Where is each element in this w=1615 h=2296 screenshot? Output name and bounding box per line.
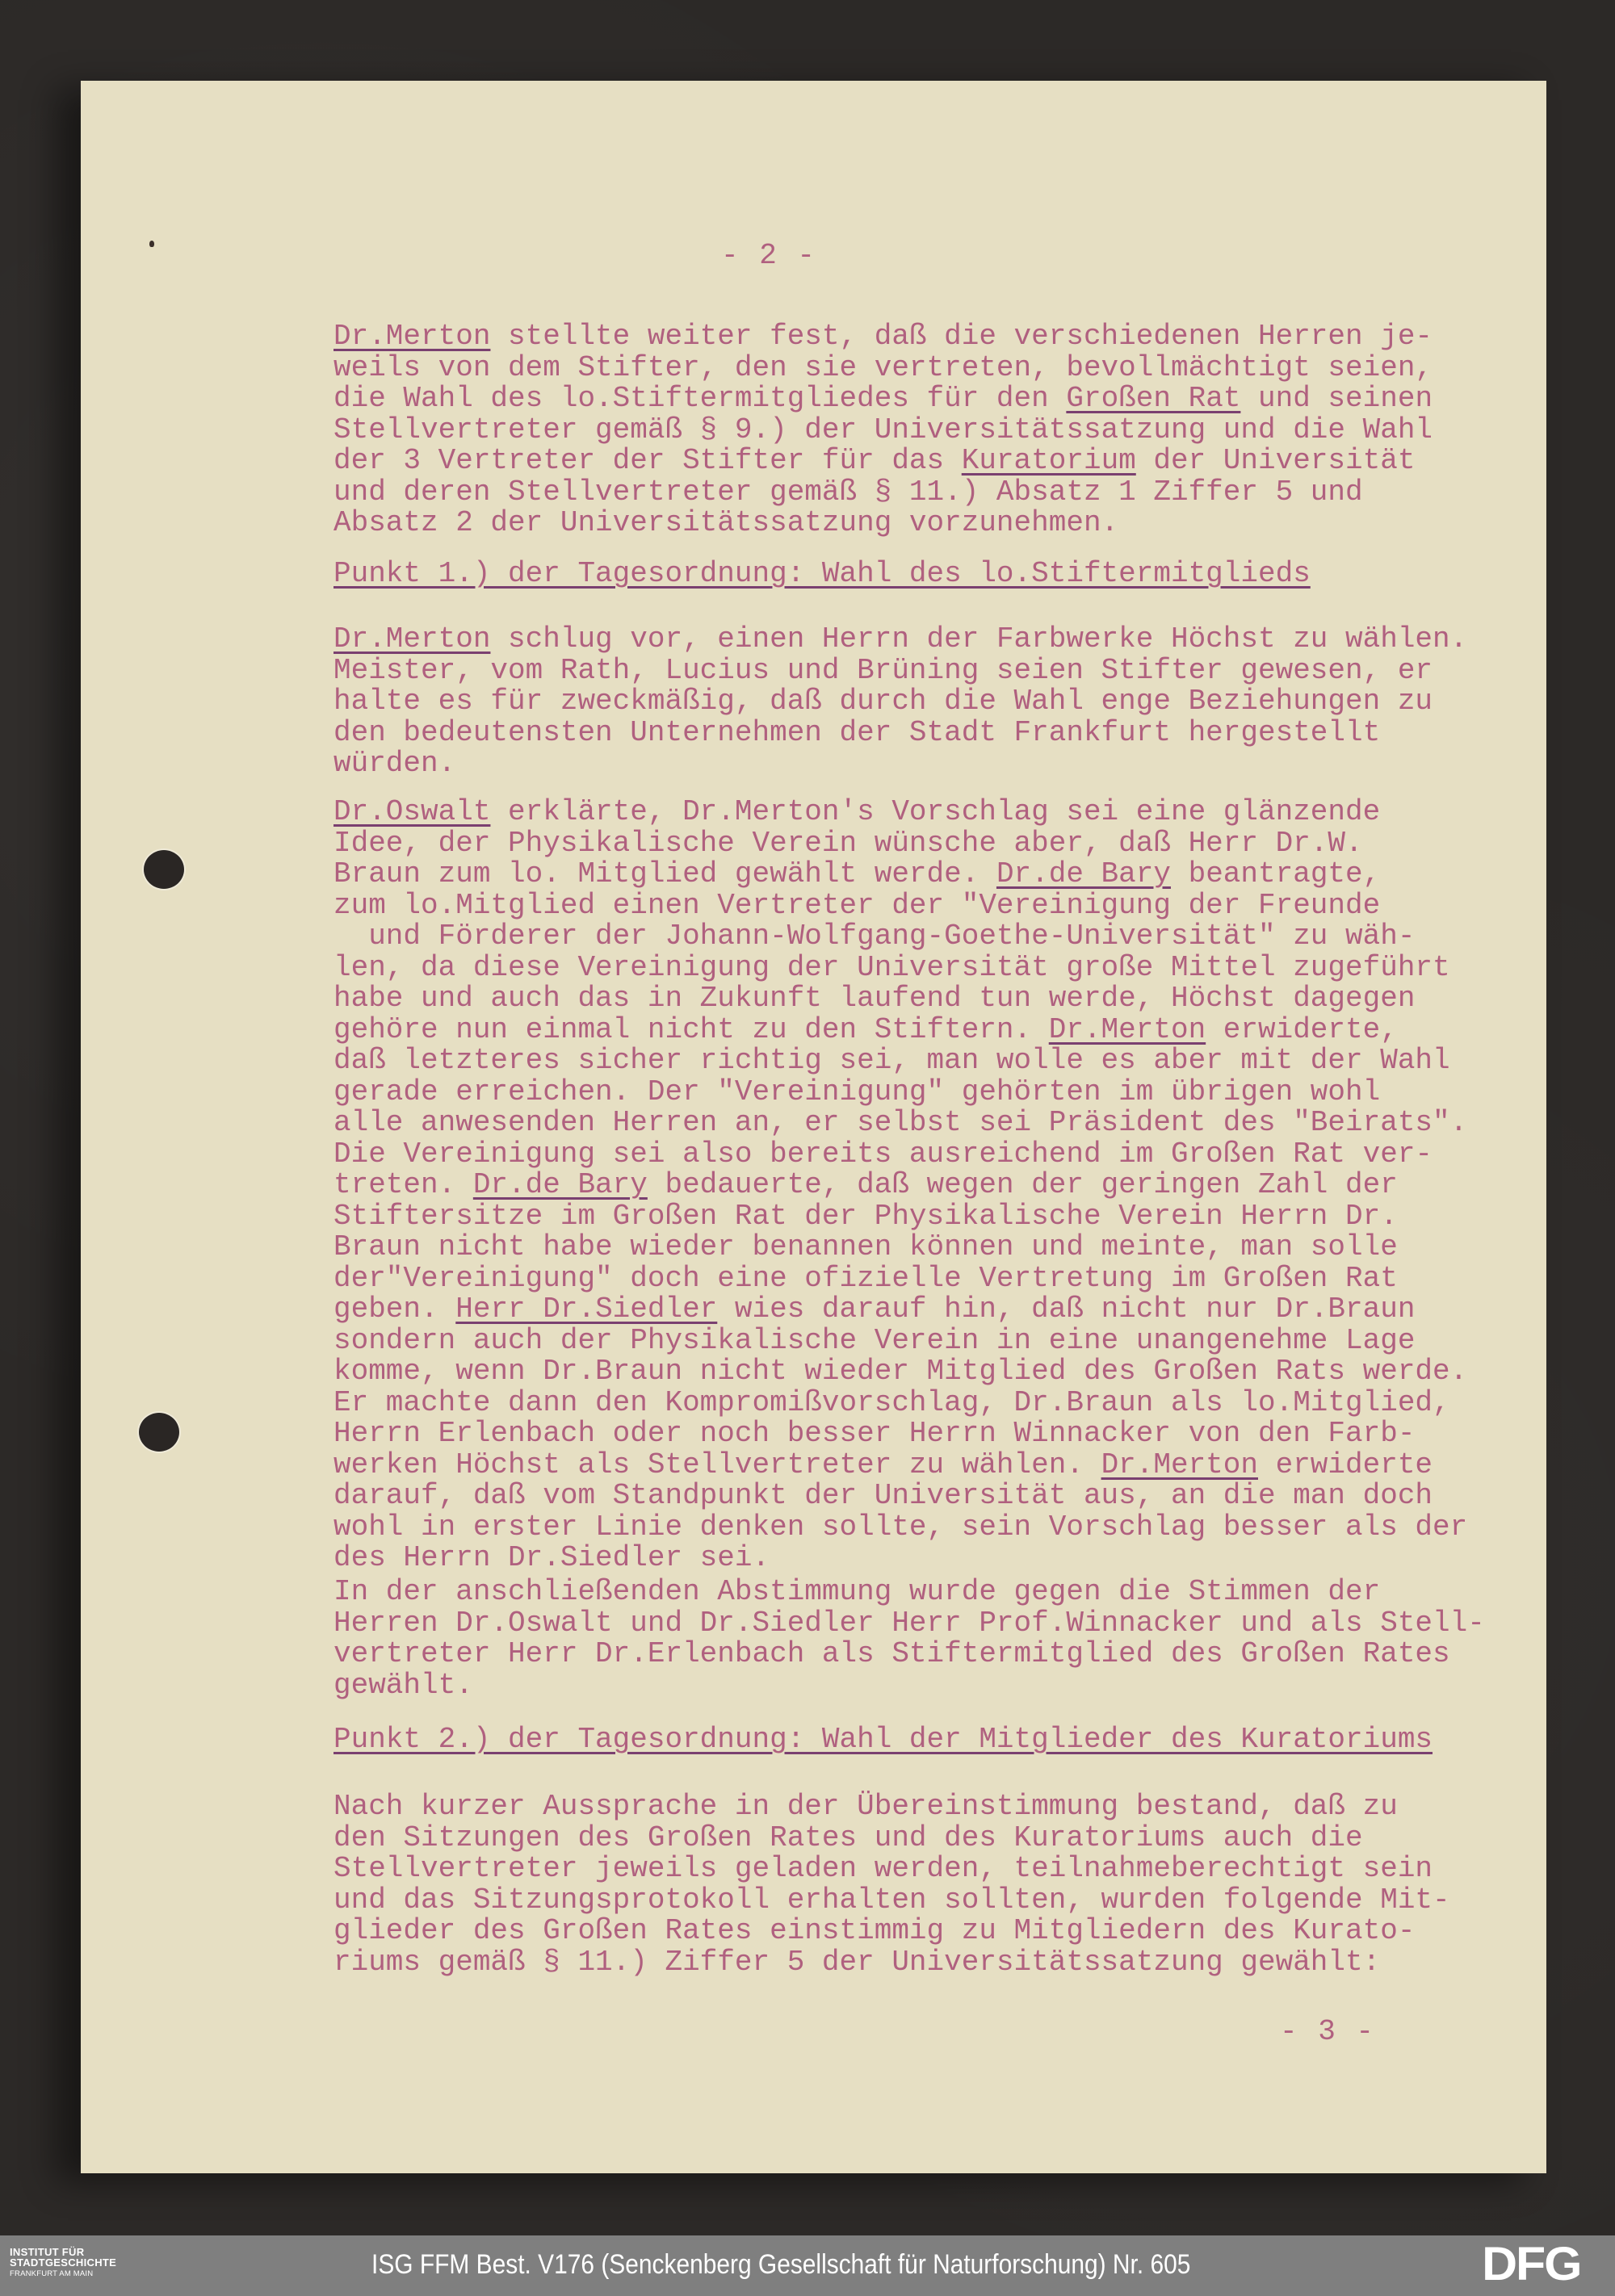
text-segment: weils von dem Stifter, den sie vertreten… bbox=[333, 351, 1433, 384]
text-segment: Herren Dr.Oswalt und Dr.Siedler Herr Pro… bbox=[333, 1607, 1485, 1640]
text-segment: wies darauf hin, daß nicht nur Dr.Braun bbox=[717, 1293, 1415, 1326]
underlined-name: Dr.Merton bbox=[1049, 1013, 1206, 1046]
underlined-name: Dr.Merton bbox=[1101, 1448, 1258, 1481]
text-segment: glieder des Großen Rates einstimmig zu M… bbox=[333, 1914, 1415, 1947]
text-segment: Nach kurzer Aussprache in der Übereinsti… bbox=[333, 1790, 1398, 1823]
text-line: gerade erreichen. Der "Vereinigung" gehö… bbox=[333, 1077, 1545, 1108]
text-segment: die Wahl des lo.Stiftermitgliedes für de… bbox=[333, 382, 1066, 415]
paragraph-merton-intro: Dr.Merton stellte weiter fest, daß die v… bbox=[333, 321, 1545, 539]
text-line: und deren Stellvertreter gemäß § 11.) Ab… bbox=[333, 477, 1545, 509]
text-line: Braun nicht habe wieder benannen können … bbox=[333, 1232, 1545, 1263]
text-line: komme, wenn Dr.Braun nicht wieder Mitgli… bbox=[333, 1356, 1545, 1388]
text-segment: vertreter Herr Dr.Erlenbach als Stifterm… bbox=[333, 1637, 1450, 1670]
text-line: Punkt 2.) der Tagesordnung: Wahl der Mit… bbox=[333, 1724, 1545, 1756]
underlined-name: Punkt 1.) der Tagesordnung: Wahl des lo.… bbox=[333, 557, 1311, 590]
text-line: der"Vereinigung" doch eine ofizielle Ver… bbox=[333, 1263, 1545, 1295]
underlined-name: Punkt 2.) der Tagesordnung: Wahl der Mit… bbox=[333, 1723, 1433, 1756]
text-segment: riums gemäß § 11.) Ziffer 5 der Universi… bbox=[333, 1946, 1380, 1979]
text-line: zum lo.Mitglied einen Vertreter der "Ver… bbox=[333, 890, 1545, 922]
paragraph-merton-proposal: Dr.Merton schlug vor, einen Herrn der Fa… bbox=[333, 624, 1545, 780]
text-line: Dr.Merton stellte weiter fest, daß die v… bbox=[333, 321, 1545, 353]
text-segment: gewählt. bbox=[333, 1669, 473, 1702]
text-line: treten. Dr.de Bary bedauerte, daß wegen … bbox=[333, 1170, 1545, 1201]
text-segment: erklärte, Dr.Merton's Vorschlag sei eine… bbox=[490, 795, 1380, 828]
text-segment: beantragte, bbox=[1171, 857, 1380, 890]
text-segment: schlug vor, einen Herrn der Farbwerke Hö… bbox=[490, 622, 1467, 656]
text-line: In der anschließenden Abstimmung wurde g… bbox=[333, 1577, 1545, 1608]
text-segment: der Universität bbox=[1136, 444, 1416, 477]
text-line: Stellvertreter jeweils geladen werden, t… bbox=[333, 1854, 1545, 1885]
ink-speck bbox=[149, 241, 154, 247]
punch-hole-top bbox=[144, 850, 184, 889]
text-segment: erwiderte, bbox=[1206, 1013, 1398, 1046]
underlined-name: Dr.Merton bbox=[333, 622, 490, 656]
text-line: Die Vereinigung sei also bereits ausreic… bbox=[333, 1139, 1545, 1171]
text-line: Dr.Oswalt erklärte, Dr.Merton's Vorschla… bbox=[333, 797, 1545, 828]
text-segment: und Förderer der Johann-Wolfgang-Goethe-… bbox=[333, 920, 1415, 953]
page-number-top: - 2 - bbox=[721, 239, 816, 272]
text-segment: alle anwesenden Herren an, er selbst sei… bbox=[333, 1106, 1467, 1139]
text-segment: gehöre nun einmal nicht zu den Stiftern. bbox=[333, 1013, 1049, 1046]
text-line: daß letzteres sicher richtig sei, man wo… bbox=[333, 1045, 1545, 1077]
text-segment: wohl in erster Linie denken sollte, sein… bbox=[333, 1510, 1467, 1544]
punch-hole-bottom bbox=[139, 1413, 179, 1452]
text-line: Herren Dr.Oswalt und Dr.Siedler Herr Pro… bbox=[333, 1608, 1545, 1640]
paragraph-kuratorium: Nach kurzer Aussprache in der Übereinsti… bbox=[333, 1791, 1545, 1978]
underlined-name: Kuratorium bbox=[962, 444, 1136, 477]
text-line: Er machte dann den Kompromißvorschlag, D… bbox=[333, 1388, 1545, 1419]
isg-logo-line2: STADTGESCHICHTE bbox=[10, 2257, 116, 2268]
text-line: halte es für zweckmäßig, daß durch die W… bbox=[333, 686, 1545, 718]
heading-punkt-1: Punkt 1.) der Tagesordnung: Wahl des lo.… bbox=[333, 559, 1545, 590]
text-segment: bedauerte, daß wegen der geringen Zahl d… bbox=[648, 1168, 1398, 1201]
archive-reference-title: ISG FFM Best. V176 (Senckenberg Gesellsc… bbox=[371, 2249, 1190, 2281]
text-segment: In der anschließenden Abstimmung wurde g… bbox=[333, 1575, 1380, 1608]
text-segment: der 3 Vertreter der Stifter für das bbox=[333, 444, 962, 477]
text-line: riums gemäß § 11.) Ziffer 5 der Universi… bbox=[333, 1947, 1545, 1979]
text-line: die Wahl des lo.Stiftermitgliedes für de… bbox=[333, 383, 1545, 415]
text-line: den Sitzungen des Großen Rates und des K… bbox=[333, 1823, 1545, 1854]
text-line: werken Höchst als Stellvertreter zu wähl… bbox=[333, 1450, 1545, 1481]
text-segment: Stiftersitze im Großen Rat der Physikali… bbox=[333, 1200, 1398, 1233]
text-line: und das Sitzungsprotokoll erhalten sollt… bbox=[333, 1885, 1545, 1917]
isg-logo: INSTITUT FÜR STADTGESCHICHTE FRANKFURT A… bbox=[10, 2247, 116, 2279]
text-segment: habe und auch das in Zukunft laufend tun… bbox=[333, 982, 1415, 1015]
text-line: wohl in erster Linie denken sollte, sein… bbox=[333, 1512, 1545, 1544]
text-segment: geben. bbox=[333, 1293, 455, 1326]
text-segment: des Herrn Dr.Siedler sei. bbox=[333, 1541, 770, 1574]
text-segment: der"Vereinigung" doch eine ofizielle Ver… bbox=[333, 1262, 1398, 1295]
dfg-logo: DFG bbox=[1482, 2242, 1580, 2287]
text-segment: darauf, daß vom Standpunkt der Universit… bbox=[333, 1479, 1433, 1512]
text-line: und Förderer der Johann-Wolfgang-Goethe-… bbox=[333, 921, 1545, 953]
text-line: Stellvertreter gemäß § 9.) der Universit… bbox=[333, 415, 1545, 446]
text-line: gehöre nun einmal nicht zu den Stiftern.… bbox=[333, 1015, 1545, 1046]
paragraph-discussion: Dr.Oswalt erklärte, Dr.Merton's Vorschla… bbox=[333, 797, 1545, 1574]
text-segment: Braun zum lo. Mitglied gewählt werde. bbox=[333, 857, 996, 890]
page-number-bottom: - 3 - bbox=[1280, 2015, 1375, 2048]
text-segment: den bedeutensten Unternehmen der Stadt F… bbox=[333, 716, 1380, 749]
text-line: Punkt 1.) der Tagesordnung: Wahl des lo.… bbox=[333, 559, 1545, 590]
text-line: alle anwesenden Herren an, er selbst sei… bbox=[333, 1108, 1545, 1139]
text-line: sondern auch der Physikalische Verein in… bbox=[333, 1326, 1545, 1357]
underlined-name: Großen Rat bbox=[1066, 382, 1240, 415]
isg-logo-line3: FRANKFURT AM MAIN bbox=[10, 2269, 116, 2279]
underlined-name: Dr.de Bary bbox=[996, 857, 1171, 890]
text-segment: Meister, vom Rath, Lucius und Brüning se… bbox=[333, 654, 1433, 687]
text-segment: werken Höchst als Stellvertreter zu wähl… bbox=[333, 1448, 1101, 1481]
text-segment: sondern auch der Physikalische Verein in… bbox=[333, 1324, 1415, 1357]
text-segment: Er machte dann den Kompromißvorschlag, D… bbox=[333, 1386, 1450, 1419]
text-segment: erwiderte bbox=[1258, 1448, 1433, 1481]
archive-footer-bar: INSTITUT FÜR STADTGESCHICHTE FRANKFURT A… bbox=[0, 2235, 1615, 2296]
text-segment: Idee, der Physikalische Verein wünsche a… bbox=[333, 827, 1363, 860]
text-line: darauf, daß vom Standpunkt der Universit… bbox=[333, 1481, 1545, 1512]
text-line: vertreter Herr Dr.Erlenbach als Stifterm… bbox=[333, 1639, 1545, 1670]
text-line: Braun zum lo. Mitglied gewählt werde. Dr… bbox=[333, 859, 1545, 890]
underlined-name: Dr.Merton bbox=[333, 320, 490, 353]
text-line: Stiftersitze im Großen Rat der Physikali… bbox=[333, 1201, 1545, 1233]
text-line: den bedeutensten Unternehmen der Stadt F… bbox=[333, 718, 1545, 749]
text-line: weils von dem Stifter, den sie vertreten… bbox=[333, 353, 1545, 384]
text-segment: Die Vereinigung sei also bereits ausreic… bbox=[333, 1138, 1433, 1171]
text-segment: den Sitzungen des Großen Rates und des K… bbox=[333, 1821, 1363, 1854]
text-line: des Herrn Dr.Siedler sei. bbox=[333, 1543, 1545, 1574]
text-segment: und seinen bbox=[1240, 382, 1433, 415]
text-line: glieder des Großen Rates einstimmig zu M… bbox=[333, 1916, 1545, 1947]
underlined-name: Herr Dr.Siedler bbox=[455, 1293, 717, 1326]
text-segment: Absatz 2 der Universitätssatzung vorzune… bbox=[333, 506, 1118, 539]
text-segment: würden. bbox=[333, 747, 455, 780]
text-segment: len, da diese Vereinigung der Universitä… bbox=[333, 951, 1450, 984]
text-segment: Herrn Erlenbach oder noch besser Herrn W… bbox=[333, 1417, 1415, 1450]
text-line: Dr.Merton schlug vor, einen Herrn der Fa… bbox=[333, 624, 1545, 656]
underlined-name: Dr.de Bary bbox=[473, 1168, 648, 1201]
text-line: Idee, der Physikalische Verein wünsche a… bbox=[333, 828, 1545, 860]
text-segment: gerade erreichen. Der "Vereinigung" gehö… bbox=[333, 1075, 1380, 1108]
text-line: habe und auch das in Zukunft laufend tun… bbox=[333, 983, 1545, 1015]
text-line: der 3 Vertreter der Stifter für das Kura… bbox=[333, 446, 1545, 477]
text-segment: Stellvertreter gemäß § 9.) der Universit… bbox=[333, 413, 1433, 446]
text-segment: Braun nicht habe wieder benannen können … bbox=[333, 1230, 1398, 1263]
text-line: len, da diese Vereinigung der Universitä… bbox=[333, 953, 1545, 984]
text-segment: und das Sitzungsprotokoll erhalten sollt… bbox=[333, 1883, 1450, 1917]
heading-punkt-2: Punkt 2.) der Tagesordnung: Wahl der Mit… bbox=[333, 1724, 1545, 1756]
text-segment: Stellvertreter jeweils geladen werden, t… bbox=[333, 1852, 1433, 1885]
text-line: Absatz 2 der Universitätssatzung vorzune… bbox=[333, 508, 1545, 539]
text-segment: komme, wenn Dr.Braun nicht wieder Mitgli… bbox=[333, 1355, 1467, 1388]
text-segment: treten. bbox=[333, 1168, 473, 1201]
text-line: gewählt. bbox=[333, 1670, 1545, 1702]
text-line: würden. bbox=[333, 748, 1545, 780]
text-segment: und deren Stellvertreter gemäß § 11.) Ab… bbox=[333, 476, 1363, 509]
text-segment: zum lo.Mitglied einen Vertreter der "Ver… bbox=[333, 889, 1380, 922]
text-line: Meister, vom Rath, Lucius und Brüning se… bbox=[333, 656, 1545, 687]
text-segment: halte es für zweckmäßig, daß durch die W… bbox=[333, 685, 1433, 718]
text-segment: daß letzteres sicher richtig sei, man wo… bbox=[333, 1044, 1450, 1077]
underlined-name: Dr.Oswalt bbox=[333, 795, 490, 828]
text-line: Nach kurzer Aussprache in der Übereinsti… bbox=[333, 1791, 1545, 1823]
paragraph-vote-result: In der anschließenden Abstimmung wurde g… bbox=[333, 1577, 1545, 1701]
text-segment: stellte weiter fest, daß die verschieden… bbox=[490, 320, 1433, 353]
text-line: geben. Herr Dr.Siedler wies darauf hin, … bbox=[333, 1294, 1545, 1326]
text-line: Herrn Erlenbach oder noch besser Herrn W… bbox=[333, 1418, 1545, 1450]
